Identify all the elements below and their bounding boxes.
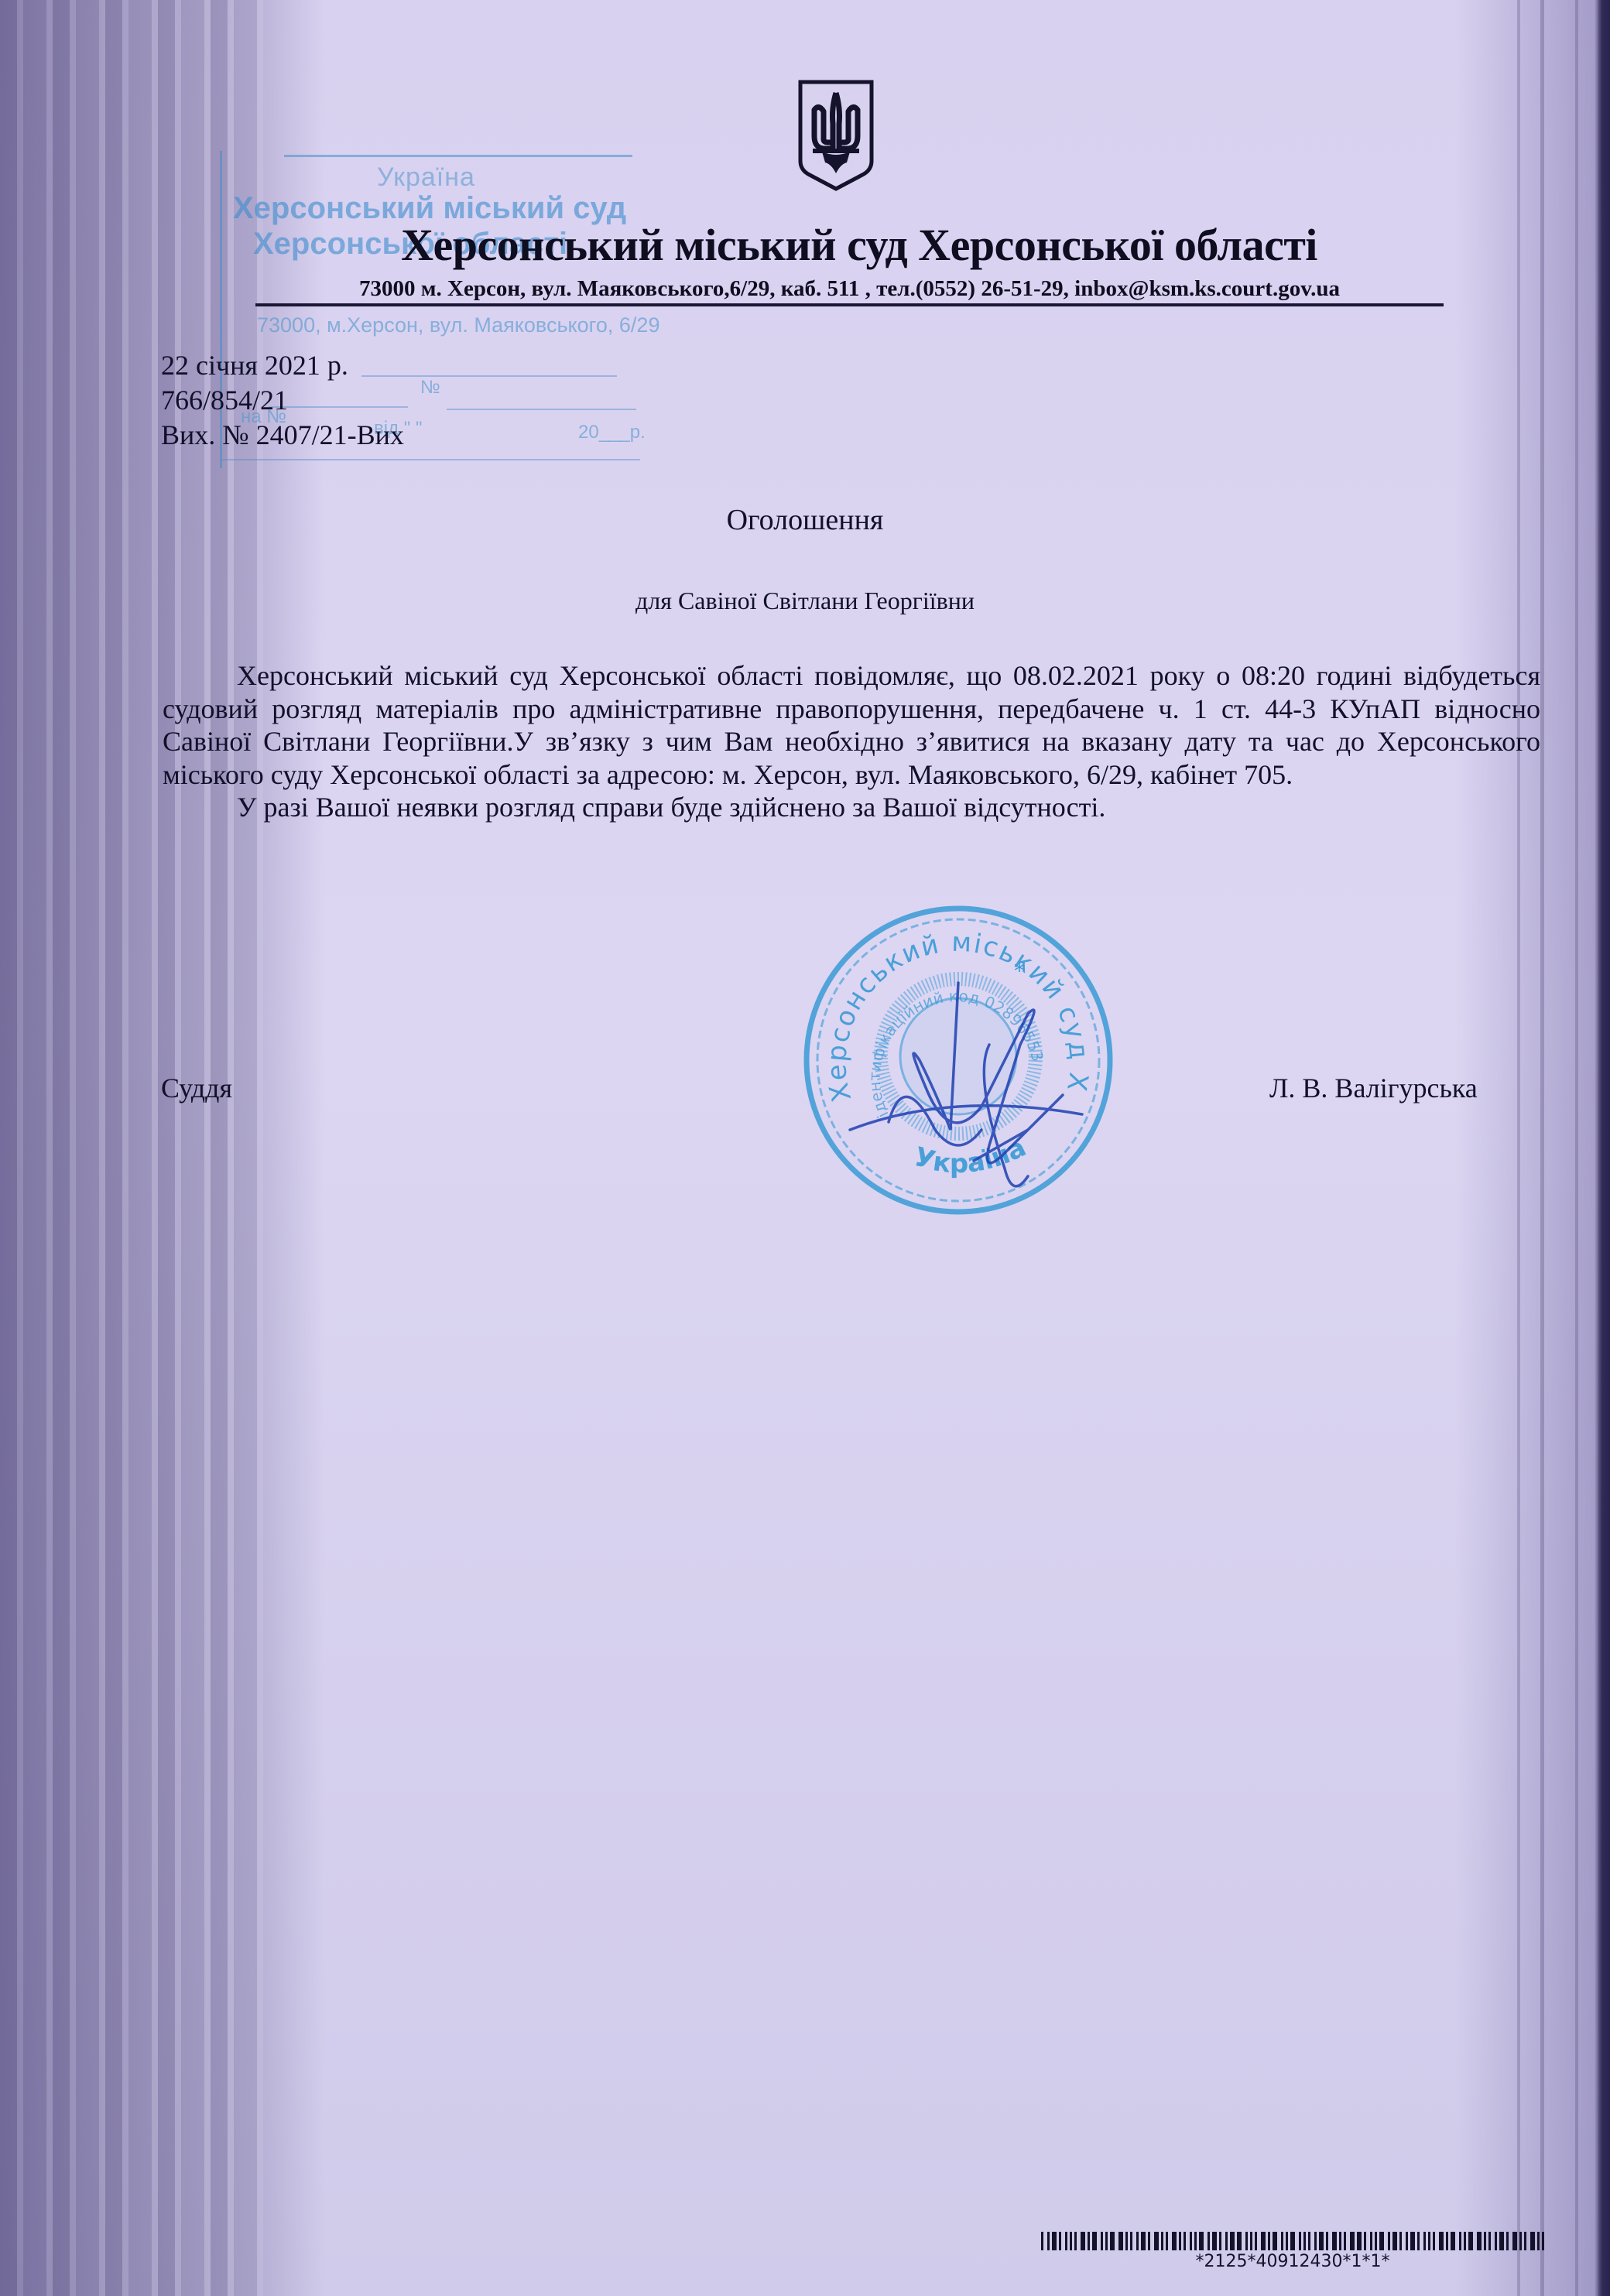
stamp-address: 73000, м.Херсон, вул. Маяковського, 6/29: [257, 313, 659, 337]
body-paragraph: У разі Вашої неявки розгляд справи буде …: [163, 791, 1540, 824]
stamp-country: Україна: [377, 163, 475, 193]
court-address: 73000 м. Херсон, вул. Маяковського,6/29,…: [255, 276, 1444, 306]
svg-text:*: *: [1014, 958, 1025, 984]
reference-block: 22 січня 2021 р. 766/854/21 Вих. № 2407/…: [161, 348, 404, 453]
document-date: 22 січня 2021 р.: [161, 348, 404, 383]
stamp-line: [447, 409, 636, 410]
court-title: Херсонський міський суд Херсонської обла…: [0, 219, 1610, 271]
addressee: для Савіної Світлани Георгіївни: [0, 587, 1610, 615]
barcode-text: *2125*40912430*1*1*: [1041, 2252, 1544, 2271]
signature-role: Суддя: [161, 1072, 232, 1104]
signature-name: Л. В. Валігурська: [1269, 1072, 1478, 1104]
coat-of-arms-icon: [796, 77, 876, 192]
body-paragraph: Херсонський міський суд Херсонської обла…: [163, 659, 1540, 791]
outgoing-number: Вих. № 2407/21-Вих: [161, 418, 404, 453]
stamp-number-label: №: [420, 377, 440, 399]
case-number: 766/854/21: [161, 383, 404, 418]
document-body: Херсонський міський суд Херсонської обла…: [163, 659, 1540, 824]
stamp-line: [222, 459, 640, 460]
barcode-icon: [1041, 2232, 1544, 2250]
stamp-year-label: 20___р.: [578, 422, 646, 443]
court-seal-icon: Херсонський міський суд Херсонської обла…: [796, 898, 1121, 1223]
stamp-border: [284, 155, 632, 157]
document-title: Оголошення: [0, 503, 1610, 537]
